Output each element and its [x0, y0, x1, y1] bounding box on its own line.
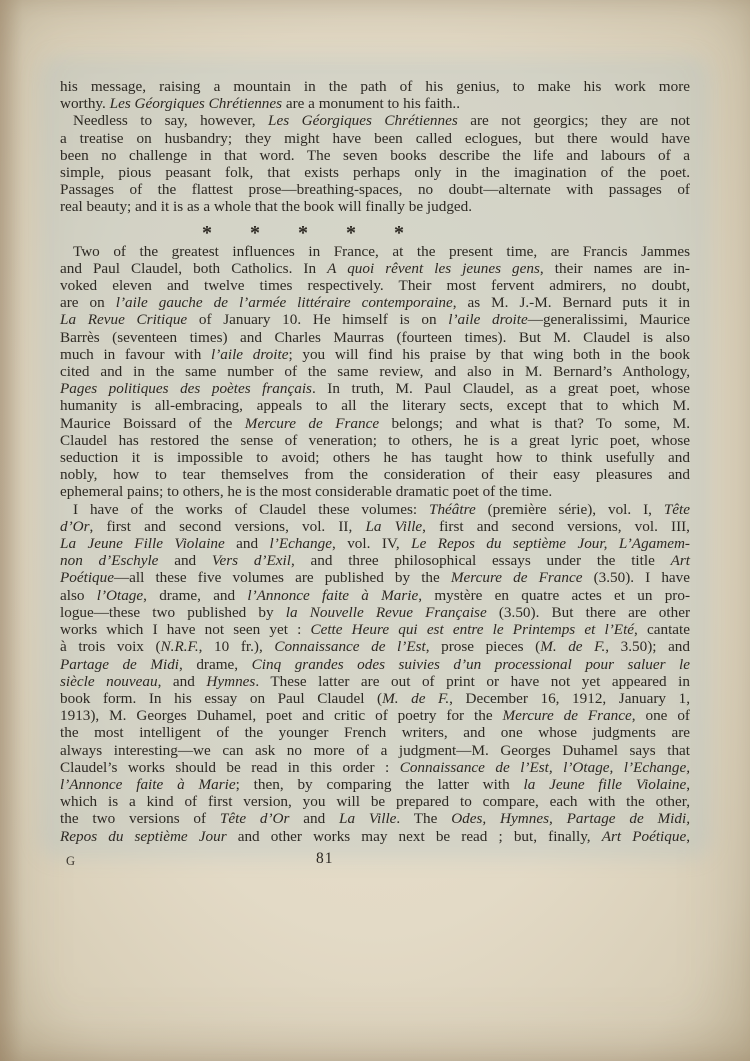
text-segment: . These latter are out of print or have …: [255, 673, 690, 690]
text-segment: , prose pieces (: [426, 638, 540, 655]
italic-title-segment: Mercure de France: [451, 569, 583, 586]
text-segment: ; you will find his praise by that wing …: [288, 346, 690, 363]
italic-title-segment: l’Otage: [97, 587, 143, 604]
italic-title-segment: Poétique: [60, 569, 114, 586]
text-segment: , mystère en quatre actes et un pro-: [418, 587, 690, 604]
text-line: I have of the works of Claudel these vol…: [60, 501, 690, 518]
italic-title-segment: Pages politiques des poètes français: [60, 380, 312, 397]
italic-title-segment: Connaissance de l’Est, l’Otage, l’Echang…: [400, 759, 690, 776]
text-line: La Jeune Fille Violaine and l’Echange, v…: [60, 535, 690, 552]
italic-title-segment: l’Annonce faite à Marie: [60, 776, 236, 793]
text-segment: and: [225, 535, 270, 552]
text-segment: book form. In his essay on Paul Claudel …: [60, 690, 382, 707]
text-segment: , drame, and: [143, 587, 247, 604]
text-segment: , their names are in-: [540, 260, 690, 277]
text-line: a treatise on husbandry; they might have…: [60, 130, 690, 147]
text-line: worthy. Les Géorgiques Chrétiennes are a…: [60, 95, 690, 112]
italic-title-segment: Vers d’Exil: [212, 552, 291, 569]
text-segment: , as M. J.-M. Bernard puts it in: [453, 294, 690, 311]
text-segment: ,: [686, 828, 690, 845]
text-line: ephemeral pains; to others, he is the mo…: [60, 483, 690, 500]
text-segment: a treatise on husbandry; they might have…: [60, 130, 690, 147]
text-segment: , cantate: [634, 621, 690, 638]
italic-title-segment: Art Poétique: [602, 828, 687, 845]
text-line: Pages politiques des poètes français. In…: [60, 380, 690, 397]
italic-title-segment: siècle nouveau: [60, 673, 158, 690]
italic-title-segment: l’Echange: [270, 535, 332, 552]
text-segment: —all these five volumes are published by…: [114, 569, 451, 586]
text-line: Claudel’s works should be read in this o…: [60, 759, 690, 776]
italic-title-segment: Les Géorgiques Chrétiennes: [110, 95, 282, 112]
text-line: are on l’aile gauche de l’armée littérai…: [60, 294, 690, 311]
text-segment: worthy.: [60, 95, 110, 112]
text-segment: also: [60, 587, 97, 604]
italic-title-segment: non d’Eschyle: [60, 552, 158, 569]
italic-title-segment: A quoi rêvent les jeunes gens: [327, 260, 540, 277]
italic-title-segment: l’Annonce faite à Marie: [247, 587, 418, 604]
text-segment: seduction it is impossible to avoid; oth…: [60, 449, 690, 466]
italic-title-segment: M. de F.: [540, 638, 605, 655]
text-segment: and: [158, 552, 211, 569]
text-line: Needless to say, however, Les Géorgiques…: [60, 112, 690, 129]
text-line: his message, raising a mountain in the p…: [60, 78, 690, 95]
italic-title-segment: La Jeune Fille Violaine: [60, 535, 225, 552]
text-segment: of January 10. He himself is on: [187, 311, 448, 328]
italic-title-segment: M. de F.: [382, 690, 449, 707]
text-block: his message, raising a mountain in the p…: [60, 78, 690, 870]
text-line: humanity is all-embracing, appeals to al…: [60, 397, 690, 414]
text-segment: , 10 fr.),: [199, 638, 275, 655]
italic-title-segment: Le Repos du septième Jour, L’Agamem-: [411, 535, 690, 552]
text-line: d’Or, first and second versions, vol. II…: [60, 518, 690, 535]
text-segment: Barrès (seventeen times) and Charles Mau…: [60, 329, 690, 346]
italic-title-segment: Repos du septième Jour: [60, 828, 227, 845]
paragraph: I have of the works of Claudel these vol…: [60, 501, 690, 845]
text-segment: ; then, by comparing the latter with: [236, 776, 524, 793]
text-segment: Maurice Boissard of the: [60, 415, 245, 432]
paragraph: Needless to say, however, Les Géorgiques…: [60, 112, 690, 215]
text-segment: . In truth, M. Paul Claudel, as a great …: [312, 380, 690, 397]
text-segment: Passages of the flattest prose—breathing…: [60, 181, 690, 198]
text-segment: which is a kind of first version, you wi…: [60, 793, 690, 810]
text-line: been no challenge in that word. The seve…: [60, 147, 690, 164]
text-segment: and Paul Claudel, both Catholics. In: [60, 260, 327, 277]
text-segment: are not georgics; they are not: [458, 112, 690, 129]
text-line: La Revue Critique of January 10. He hims…: [60, 311, 690, 328]
text-segment: humanity is all-embracing, appeals to al…: [60, 397, 690, 414]
text-line: much in favour with l’aile droite; you w…: [60, 346, 690, 363]
italic-title-segment: N.R.F.: [161, 638, 199, 655]
text-segment: , and three philosophical essays under t…: [291, 552, 671, 569]
text-segment: (3.50). I have: [582, 569, 690, 586]
text-segment: , drame,: [179, 656, 252, 673]
text-segment: voked eleven and twelve times respective…: [60, 277, 690, 294]
text-line: book form. In his essay on Paul Claudel …: [60, 690, 690, 707]
text-line: Barrès (seventeen times) and Charles Mau…: [60, 329, 690, 346]
text-segment: been no challenge in that word. The seve…: [60, 147, 690, 164]
text-segment: Claudel has restored the sense of venera…: [60, 432, 690, 449]
text-line: simple, pious peasant folk, that exists …: [60, 164, 690, 181]
text-line: works which I have not seen yet : Cette …: [60, 621, 690, 638]
italic-title-segment: Partage de Midi: [60, 656, 179, 673]
text-segment: nobly, how to tear themselves from the c…: [60, 466, 690, 483]
italic-title-segment: Mercure de France: [503, 707, 632, 724]
text-segment: are a monument to his faith..: [282, 95, 460, 112]
text-segment: and: [289, 810, 339, 827]
text-segment: cited and in the same number of the same…: [60, 363, 690, 380]
page-number: 81: [316, 850, 334, 867]
text-line: Poétique—all these five volumes are publ…: [60, 569, 690, 586]
italic-title-segment: la Jeune fille Violaine: [524, 776, 687, 793]
italic-title-segment: Mercure de France: [245, 415, 379, 432]
text-line: and Paul Claudel, both Catholics. In A q…: [60, 260, 690, 277]
text-segment: the most intelligent of the younger Fren…: [60, 724, 690, 741]
asterisk-icon: *: [346, 228, 356, 238]
italic-title-segment: l’aile gauche de l’armée littéraire cont…: [116, 294, 453, 311]
text-line: real beauty; and it is as a whole that t…: [60, 198, 690, 215]
text-segment: I have of the works of Claudel these vol…: [73, 501, 429, 518]
text-line: Claudel has restored the sense of venera…: [60, 432, 690, 449]
text-segment: his message, raising a mountain in the p…: [60, 78, 690, 95]
italic-title-segment: Tête d’Or: [220, 810, 290, 827]
italic-title-segment: l’aile droite: [448, 311, 527, 328]
text-segment: , and: [158, 673, 207, 690]
asterisk-separator: *****: [0, 218, 618, 242]
text-segment: , vol. IV,: [332, 535, 411, 552]
italic-title-segment: Les Géorgiques Chrétiennes: [268, 112, 458, 129]
text-segment: Claudel’s works should be read in this o…: [60, 759, 400, 776]
italic-title-segment: Tête: [664, 501, 690, 518]
text-segment: , December 16, 1912, January 1,: [449, 690, 690, 707]
text-line: Repos du septième Jour and other works m…: [60, 828, 690, 845]
text-segment: are on: [60, 294, 116, 311]
italic-title-segment: Odes, Hymnes, Partage de Midi,: [451, 810, 690, 827]
text-segment: (3.50). But there are other: [487, 604, 690, 621]
italic-title-segment: Théâtre: [429, 501, 476, 518]
signature-mark: G: [66, 853, 76, 870]
italic-title-segment: la Nouvelle Revue Française: [286, 604, 487, 621]
text-line: also l’Otage, drame, and l’Annonce faite…: [60, 587, 690, 604]
asterisk-icon: *: [298, 228, 308, 238]
text-segment: (première série), vol. I,: [476, 501, 664, 518]
text-line: seduction it is impossible to avoid; oth…: [60, 449, 690, 466]
text-line: à trois voix (N.R.F., 10 fr.), Connaissa…: [60, 638, 690, 655]
text-line: l’Annonce faite à Marie; then, by compar…: [60, 776, 690, 793]
text-segment: always interesting—we can ask no more of…: [60, 742, 690, 759]
asterisk-icon: *: [250, 228, 260, 238]
asterisk-icon: *: [202, 228, 212, 238]
italic-title-segment: La Ville: [365, 518, 422, 535]
text-segment: and other works may next be read ; but, …: [227, 828, 602, 845]
text-line: cited and in the same number of the same…: [60, 363, 690, 380]
italic-title-segment: La Revue Critique: [60, 311, 187, 328]
text-segment: —generalissimi, Maurice: [528, 311, 690, 328]
italic-title-segment: Art: [671, 552, 690, 569]
text-segment: belongs; and what is that? To some, M.: [379, 415, 690, 432]
asterisk-icon: *: [394, 228, 404, 238]
italic-title-segment: Hymnes: [206, 673, 255, 690]
text-line: non d’Eschyle and Vers d’Exil, and three…: [60, 552, 690, 569]
page-footer: G 81: [60, 850, 690, 870]
text-segment: , one of: [632, 707, 690, 724]
text-segment: ,: [686, 776, 690, 793]
text-line: always interesting—we can ask no more of…: [60, 742, 690, 759]
text-line: siècle nouveau, and Hymnes. These latter…: [60, 673, 690, 690]
text-segment: much in favour with: [60, 346, 211, 363]
text-segment: . The: [396, 810, 451, 827]
text-line: voked eleven and twelve times respective…: [60, 277, 690, 294]
text-line: 1913), M. Georges Duhamel, poet and crit…: [60, 707, 690, 724]
text-line: the most intelligent of the younger Fren…: [60, 724, 690, 741]
italic-title-segment: l’aile droite: [211, 346, 288, 363]
text-segment: works which I have not seen yet :: [60, 621, 310, 638]
paragraph: his message, raising a mountain in the p…: [60, 78, 690, 112]
text-line: nobly, how to tear themselves from the c…: [60, 466, 690, 483]
italic-title-segment: Connaissance de l’Est: [274, 638, 425, 655]
text-line: Partage de Midi, drame, Cinq grandes ode…: [60, 656, 690, 673]
text-segment: Two of the greatest influences in France…: [73, 243, 690, 260]
text-line: which is a kind of first version, you wi…: [60, 793, 690, 810]
italic-title-segment: La Ville: [339, 810, 396, 827]
text-segment: the two versions of: [60, 810, 220, 827]
text-segment: , 3.50); and: [605, 638, 690, 655]
text-segment: 1913), M. Georges Duhamel, poet and crit…: [60, 707, 503, 724]
text-segment: logue—these two published by: [60, 604, 286, 621]
text-line: the two versions of Tête d’Or and La Vil…: [60, 810, 690, 827]
italic-title-segment: Cette Heure qui est entre le Printemps e…: [310, 621, 634, 638]
text-segment: , first and second versions, vol. II,: [90, 518, 366, 535]
text-segment: à trois voix (: [60, 638, 161, 655]
text-line: Two of the greatest influences in France…: [60, 243, 690, 260]
text-segment: Needless to say, however,: [73, 112, 268, 129]
paragraph: Two of the greatest influences in France…: [60, 243, 690, 501]
text-line: Maurice Boissard of the Mercure de Franc…: [60, 415, 690, 432]
book-page: his message, raising a mountain in the p…: [0, 0, 750, 1061]
text-segment: , first and second versions, vol. III,: [422, 518, 690, 535]
italic-title-segment: Cinq grandes odes suivies d’un processio…: [252, 656, 690, 673]
text-line: logue—these two published by la Nouvelle…: [60, 604, 690, 621]
text-segment: real beauty; and it is as a whole that t…: [60, 198, 472, 215]
italic-title-segment: d’Or: [60, 518, 90, 535]
text-segment: ephemeral pains; to others, he is the mo…: [60, 483, 552, 500]
text-line: Passages of the flattest prose—breathing…: [60, 181, 690, 198]
text-segment: simple, pious peasant folk, that exists …: [60, 164, 690, 181]
